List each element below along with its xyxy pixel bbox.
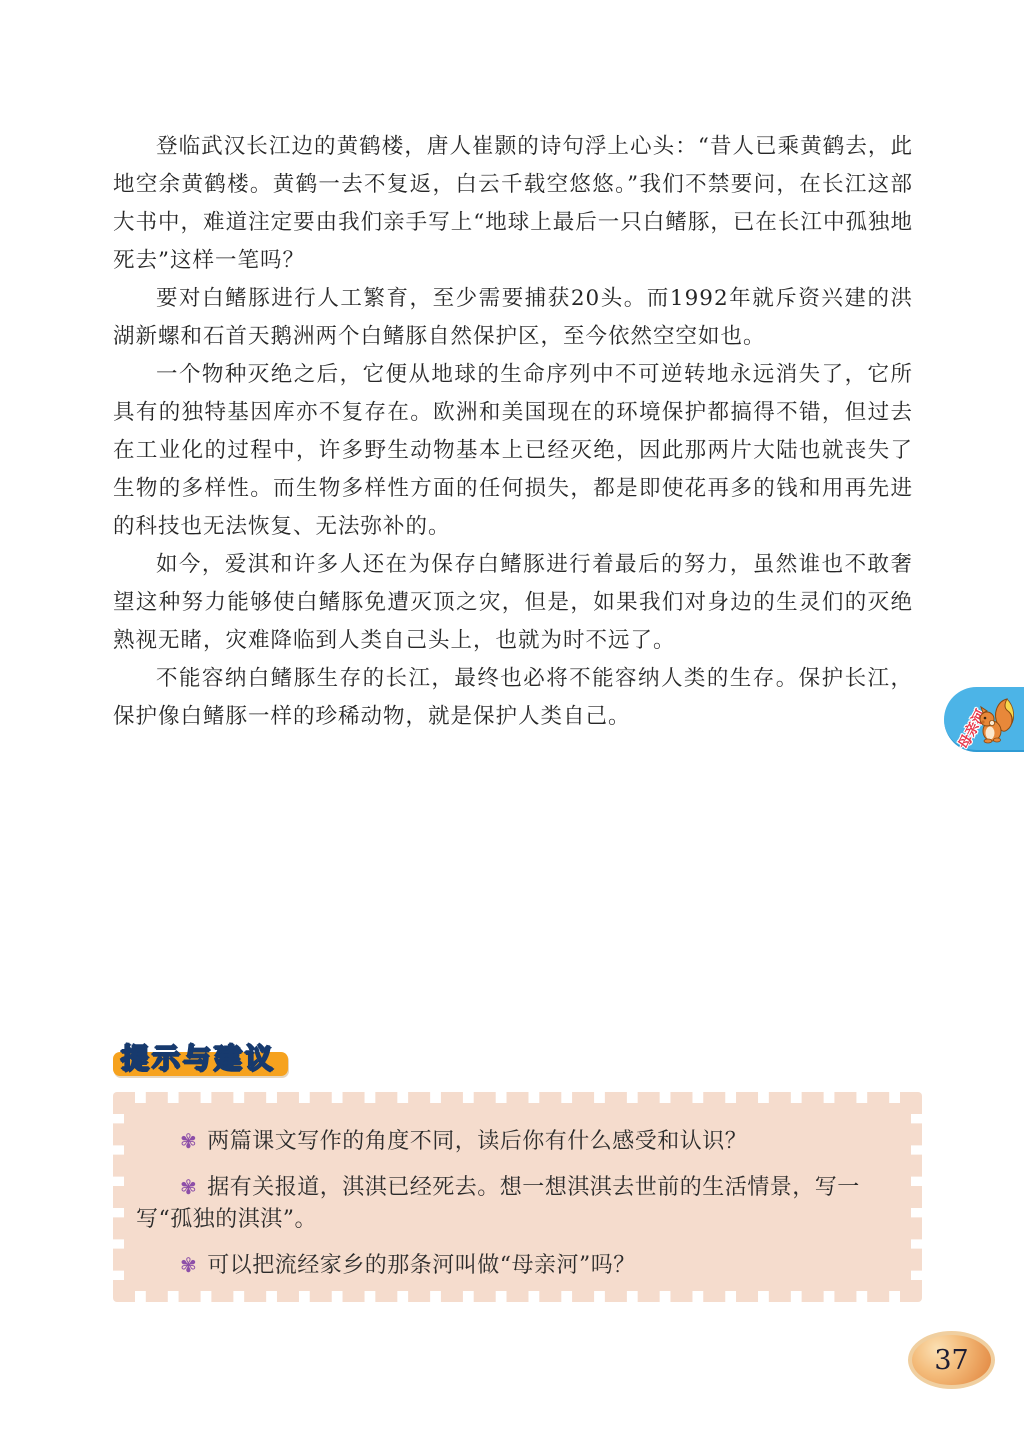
flower-bullet-icon: ✾	[180, 1175, 197, 1199]
tip-item: ✾两篇课文写作的角度不同，读后你有什么感受和认识？	[136, 1125, 883, 1158]
body-paragraph: 不能容纳白鳍豚生存的长江，最终也必将不能容纳人类的生存。保护长江，保护像白鳍豚一…	[113, 660, 913, 736]
tips-heading-bar: 提示与建议	[113, 1052, 288, 1076]
page-number: 37	[934, 1345, 968, 1376]
tip-item: ✾据有关报道，淇淇已经死去。想一想淇淇去世前的生活情景，写一写“孤独的淇淇”。	[136, 1171, 883, 1236]
tip-item-text: 两篇课文写作的角度不同，读后你有什么感受和认识？	[207, 1129, 747, 1154]
page-number-badge: 37	[908, 1331, 995, 1389]
tips-heading: 提示与建议	[113, 1038, 288, 1078]
body-paragraph: 如今，爱淇和许多人还在为保存白鳍豚进行着最后的努力，虽然谁也不敢奢望这种努力能够…	[113, 546, 913, 660]
page-number-badge-inner: 37	[912, 1335, 991, 1385]
unit-side-tab: 母亲河	[944, 687, 1024, 752]
tip-item-text: 可以把流经家乡的那条河叫做“母亲河”吗？	[207, 1253, 636, 1278]
flower-bullet-icon: ✾	[180, 1253, 197, 1277]
tips-box: ✾两篇课文写作的角度不同，读后你有什么感受和认识？ ✾据有关报道，淇淇已经死去。…	[113, 1092, 922, 1302]
body-paragraph: 一个物种灭绝之后，它便从地球的生命序列中不可逆转地永远消失了，它所具有的独特基因…	[113, 356, 913, 546]
textbook-page: 登临武汉长江边的黄鹤楼，唐人崔颢的诗句浮上心头：“昔人已乘黄鹤去，此地空余黄鹤楼…	[0, 0, 1024, 1439]
tip-item-text: 据有关报道，淇淇已经死去。想一想淇淇去世前的生活情景，写一写“孤独的淇淇”。	[136, 1175, 860, 1232]
flower-bullet-icon: ✾	[180, 1129, 197, 1153]
body-paragraph: 要对白鳍豚进行人工繁育，至少需要捕获20头。而1992年就斥资兴建的洪湖新螺和石…	[113, 280, 913, 356]
squirrel-icon	[974, 695, 1016, 745]
article-text: 登临武汉长江边的黄鹤楼，唐人崔颢的诗句浮上心头：“昔人已乘黄鹤去，此地空余黄鹤楼…	[113, 128, 913, 736]
tip-item: ✾可以把流经家乡的那条河叫做“母亲河”吗？	[136, 1249, 883, 1282]
body-paragraph: 登临武汉长江边的黄鹤楼，唐人崔颢的诗句浮上心头：“昔人已乘黄鹤去，此地空余黄鹤楼…	[113, 128, 913, 280]
tips-heading-text: 提示与建议	[121, 1042, 276, 1075]
